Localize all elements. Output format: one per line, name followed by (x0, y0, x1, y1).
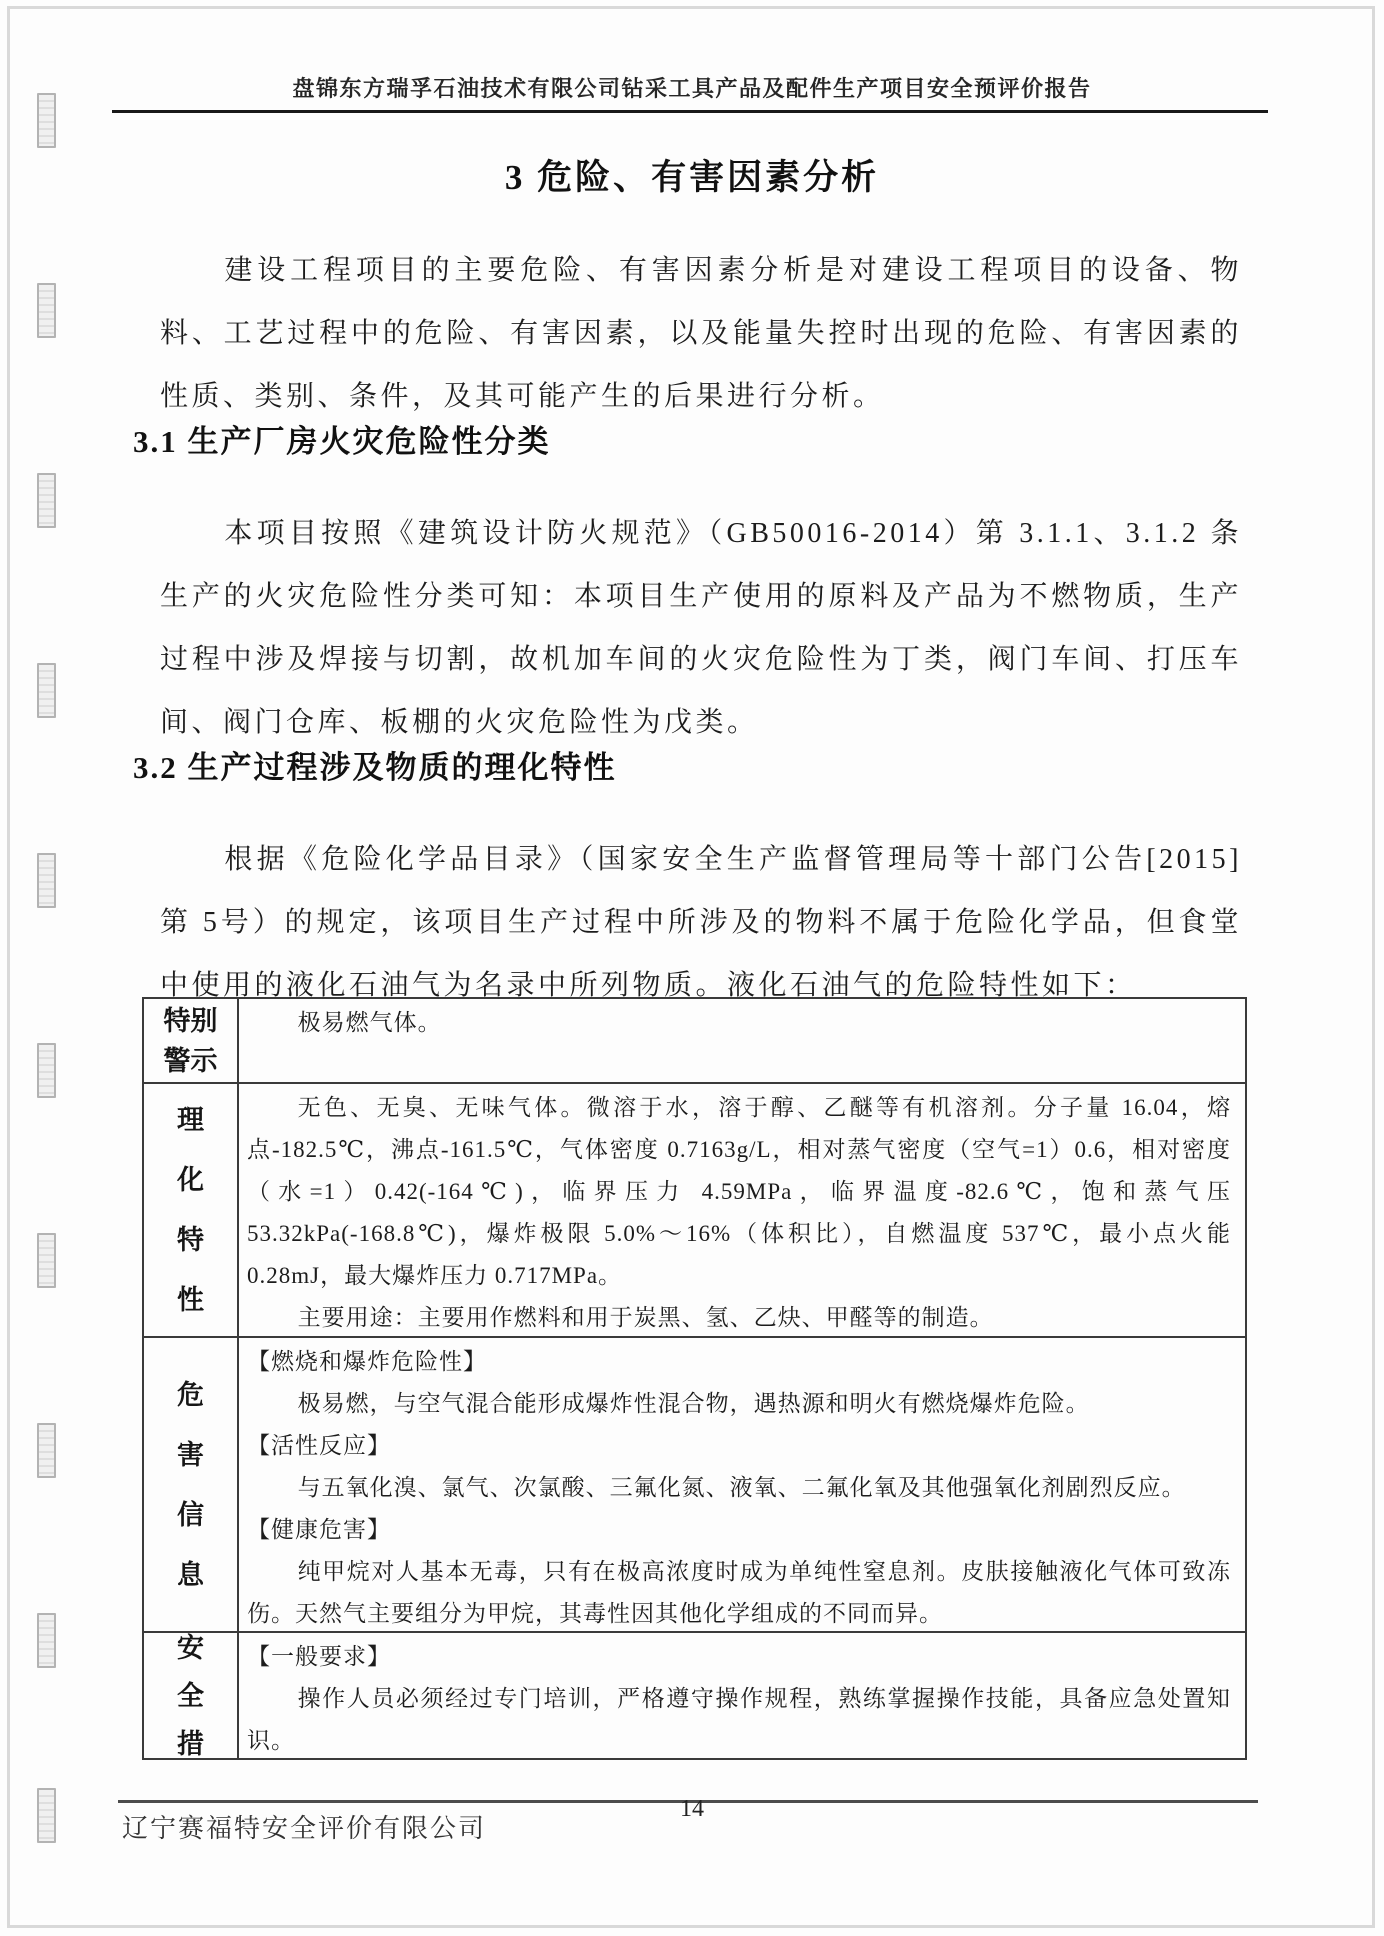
binding-hole-mark (37, 663, 56, 718)
cell-hazard-info: 【燃烧和爆炸危险性】 极易燃，与空气混合能形成爆炸性混合物，遇热源和明火有燃烧爆… (239, 1338, 1245, 1631)
page-number: 14 (0, 1796, 1384, 1823)
cell-safety-measures: 【一般要求】 操作人员必须经过专门培训，严格遵守操作规程，熟练掌握操作技能，具备… (239, 1633, 1245, 1758)
row-label-safety-measures: 安 全 措 (144, 1633, 239, 1758)
binding-hole-mark (37, 853, 56, 908)
cell-special-warning: 极易燃气体。 (239, 999, 1245, 1082)
row-label-special-warning: 特别 警示 (144, 999, 239, 1082)
table-row-safety-measures: 安 全 措 【一般要求】 操作人员必须经过专门培训，严格遵守操作规程，熟练掌握操… (144, 1631, 1245, 1758)
header-divider (112, 110, 1268, 113)
section-3-1-paragraph: 本项目按照《建筑设计防火规范》（GB50016-2014）第 3.1.1、3.1… (160, 502, 1242, 754)
chapter-title: 3 危险、有害因素分析 (0, 150, 1384, 200)
section-heading-3-1: 3.1 生产厂房火灾危险性分类 (133, 416, 551, 461)
cell-physchem: 无色、无臭、无味气体。微溶于水，溶于醇、乙醚等有机溶剂。分子量 16.04，熔点… (239, 1084, 1245, 1336)
binding-hole-mark (37, 1233, 56, 1288)
hazard-properties-table: 特别 警示 极易燃气体。 理 化 特 性 无色、无臭、无味气体。微溶于水，溶于醇… (142, 997, 1247, 1760)
binding-hole-mark (37, 473, 56, 528)
binding-hole-mark (37, 283, 56, 338)
section-heading-3-2: 3.2 生产过程涉及物质的理化特性 (133, 742, 617, 787)
binding-hole-mark (37, 1043, 56, 1098)
binding-hole-mark (37, 1423, 56, 1478)
page-header-title: 盘锦东方瑞孚石油技术有限公司钻采工具产品及配件生产项目安全预评价报告 (0, 72, 1384, 103)
row-label-physchem: 理 化 特 性 (144, 1084, 239, 1336)
section-3-2-paragraph: 根据《危险化学品目录》（国家安全生产监督管理局等十部门公告[2015]第 5号）… (160, 828, 1242, 1017)
table-row-special-warning: 特别 警示 极易燃气体。 (144, 999, 1245, 1082)
chapter-intro-paragraph: 建设工程项目的主要危险、有害因素分析是对建设工程项目的设备、物料、工艺过程中的危… (160, 239, 1242, 428)
table-row-physchem-properties: 理 化 特 性 无色、无臭、无味气体。微溶于水，溶于醇、乙醚等有机溶剂。分子量 … (144, 1082, 1245, 1336)
binding-hole-mark (37, 1613, 56, 1668)
row-label-hazard-info: 危 害 信 息 (144, 1338, 239, 1631)
table-row-hazard-info: 危 害 信 息 【燃烧和爆炸危险性】 极易燃，与空气混合能形成爆炸性混合物，遇热… (144, 1336, 1245, 1631)
